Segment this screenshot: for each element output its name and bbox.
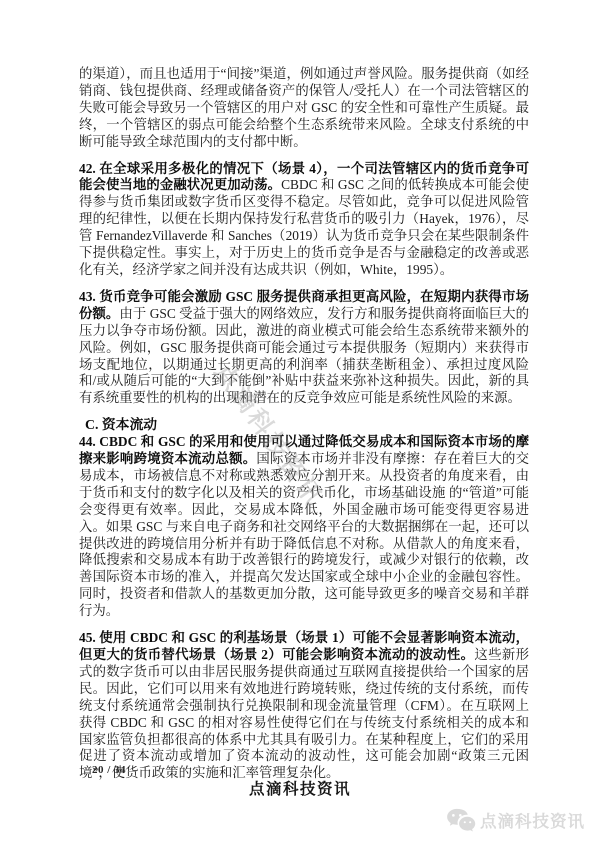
paragraph-42: 42. 在全球采用多极化的情况下（场景 4），一个司法管辖区内的货币竞争可能会使…: [79, 161, 529, 279]
document-page: 的渠道），而且也适用于“间接”渠道，例如通过声誉风险。服务提供商（如经销商、钱包…: [0, 0, 600, 848]
paragraph-text: 的渠道），而且也适用于“间接”渠道，例如通过声誉风险。服务提供商（如经销商、钱包…: [79, 66, 529, 149]
paragraph-43: 43. 货币竞争可能会激励 GSC 服务提供商承担更高风险，在短期内获得市场份额…: [79, 289, 529, 407]
paragraph-text: 国际资本市场并非没有摩擦：存在着巨大的交易成本，市场被信息不对称或熟悉效应分割开…: [79, 451, 529, 618]
page-number: 20 / 34: [92, 764, 126, 776]
paragraph-45-lead: 45. 使用 CBDC 和 GSC 的利基场景（场景 1）可能不会显著影响资本流…: [79, 630, 529, 662]
corner-watermark-text: 点滴科技资讯: [480, 808, 585, 832]
footer-brand: 点滴科技资讯: [0, 777, 600, 799]
paragraph-41-continuation: 的渠道），而且也适用于“间接”渠道，例如通过声誉风险。服务提供商（如经销商、钱包…: [79, 66, 529, 151]
document-body: 的渠道），而且也适用于“间接”渠道，例如通过声誉风险。服务提供商（如经销商、钱包…: [79, 66, 529, 782]
paragraph-44: 44. CBDC 和 GSC 的采用和使用可以通过降低交易成本和国际资本市场的摩…: [79, 434, 529, 620]
paragraph-45: 45. 使用 CBDC 和 GSC 的利基场景（场景 1）可能不会显著影响资本流…: [79, 630, 529, 782]
section-heading-capital-flows: C. 资本流动: [85, 417, 529, 434]
paragraph-text: 这些新形式的数字货币可以由非居民服务提供商通过互联网直接提供给一个国家的居民。因…: [79, 647, 529, 780]
wechat-icon: [445, 807, 477, 833]
corner-watermark: 点滴科技资讯: [445, 807, 585, 833]
paragraph-text: 由于 GSC 受益于强大的网络效应，发行方和服务提供商将面临巨大的压力以争夺市场…: [79, 306, 529, 406]
